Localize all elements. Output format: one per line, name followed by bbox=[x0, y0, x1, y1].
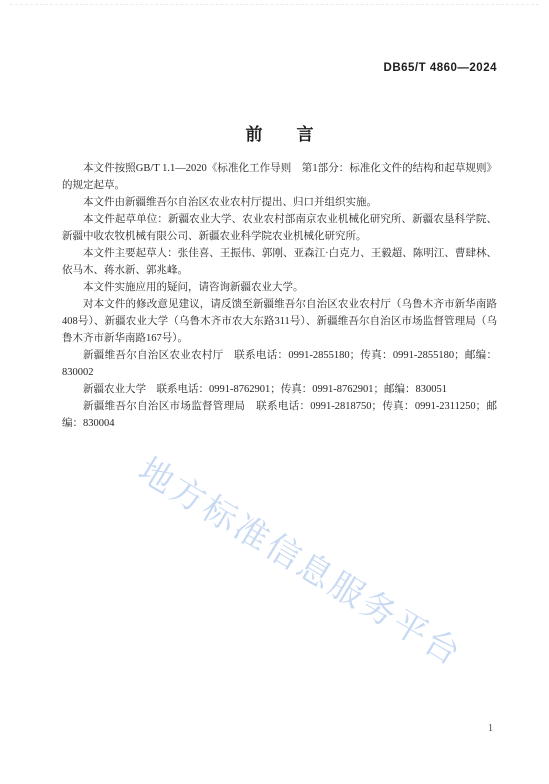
scan-artifact-line bbox=[10, 4, 539, 5]
page-title: 前 言 bbox=[62, 120, 497, 145]
contact-line-agriculture-dept: 新疆维吾尔自治区农业农村厅 联系电话：0991-2855180；传真：0991-… bbox=[62, 347, 497, 381]
foreword-body: 本文件按照GB/T 1.1—2020《标准化工作导则 第1部分：标准化文件的结构… bbox=[62, 160, 497, 432]
document-page: DB65/T 4860—2024 前 言 本文件按照GB/T 1.1—2020《… bbox=[0, 0, 549, 784]
paragraph-drafters: 本文件主要起草人：张佳喜、王振伟、郭刚、亚森江·白克力、王毅超、陈明江、曹肆林、… bbox=[62, 245, 497, 279]
watermark-text: 地方标准信息服务平台 bbox=[127, 441, 478, 679]
paragraph-basis: 本文件按照GB/T 1.1—2020《标准化工作导则 第1部分：标准化文件的结构… bbox=[62, 160, 497, 194]
standard-doc-code: DB65/T 4860—2024 bbox=[384, 62, 497, 74]
contact-line-market-regulator: 新疆维吾尔自治区市场监督管理局 联系电话：0991-2818750；传真：099… bbox=[62, 398, 497, 432]
paragraph-consultation: 本文件实施应用的疑问，请咨询新疆农业大学。 bbox=[62, 279, 497, 296]
contact-line-university: 新疆农业大学 联系电话：0991-8762901；传真：0991-8762901… bbox=[62, 381, 497, 398]
paragraph-feedback-addresses: 对本文件的修改意见建议，请反馈至新疆维吾尔自治区农业农村厅（乌鲁木齐市新华南路4… bbox=[62, 296, 497, 347]
page-number: 1 bbox=[488, 723, 493, 734]
paragraph-drafting-units: 本文件起草单位：新疆农业大学、农业农村部南京农业机械化研究所、新疆农垦科学院、新… bbox=[62, 211, 497, 245]
paragraph-proposer: 本文件由新疆维吾尔自治区农业农村厅提出、归口并组织实施。 bbox=[62, 194, 497, 211]
